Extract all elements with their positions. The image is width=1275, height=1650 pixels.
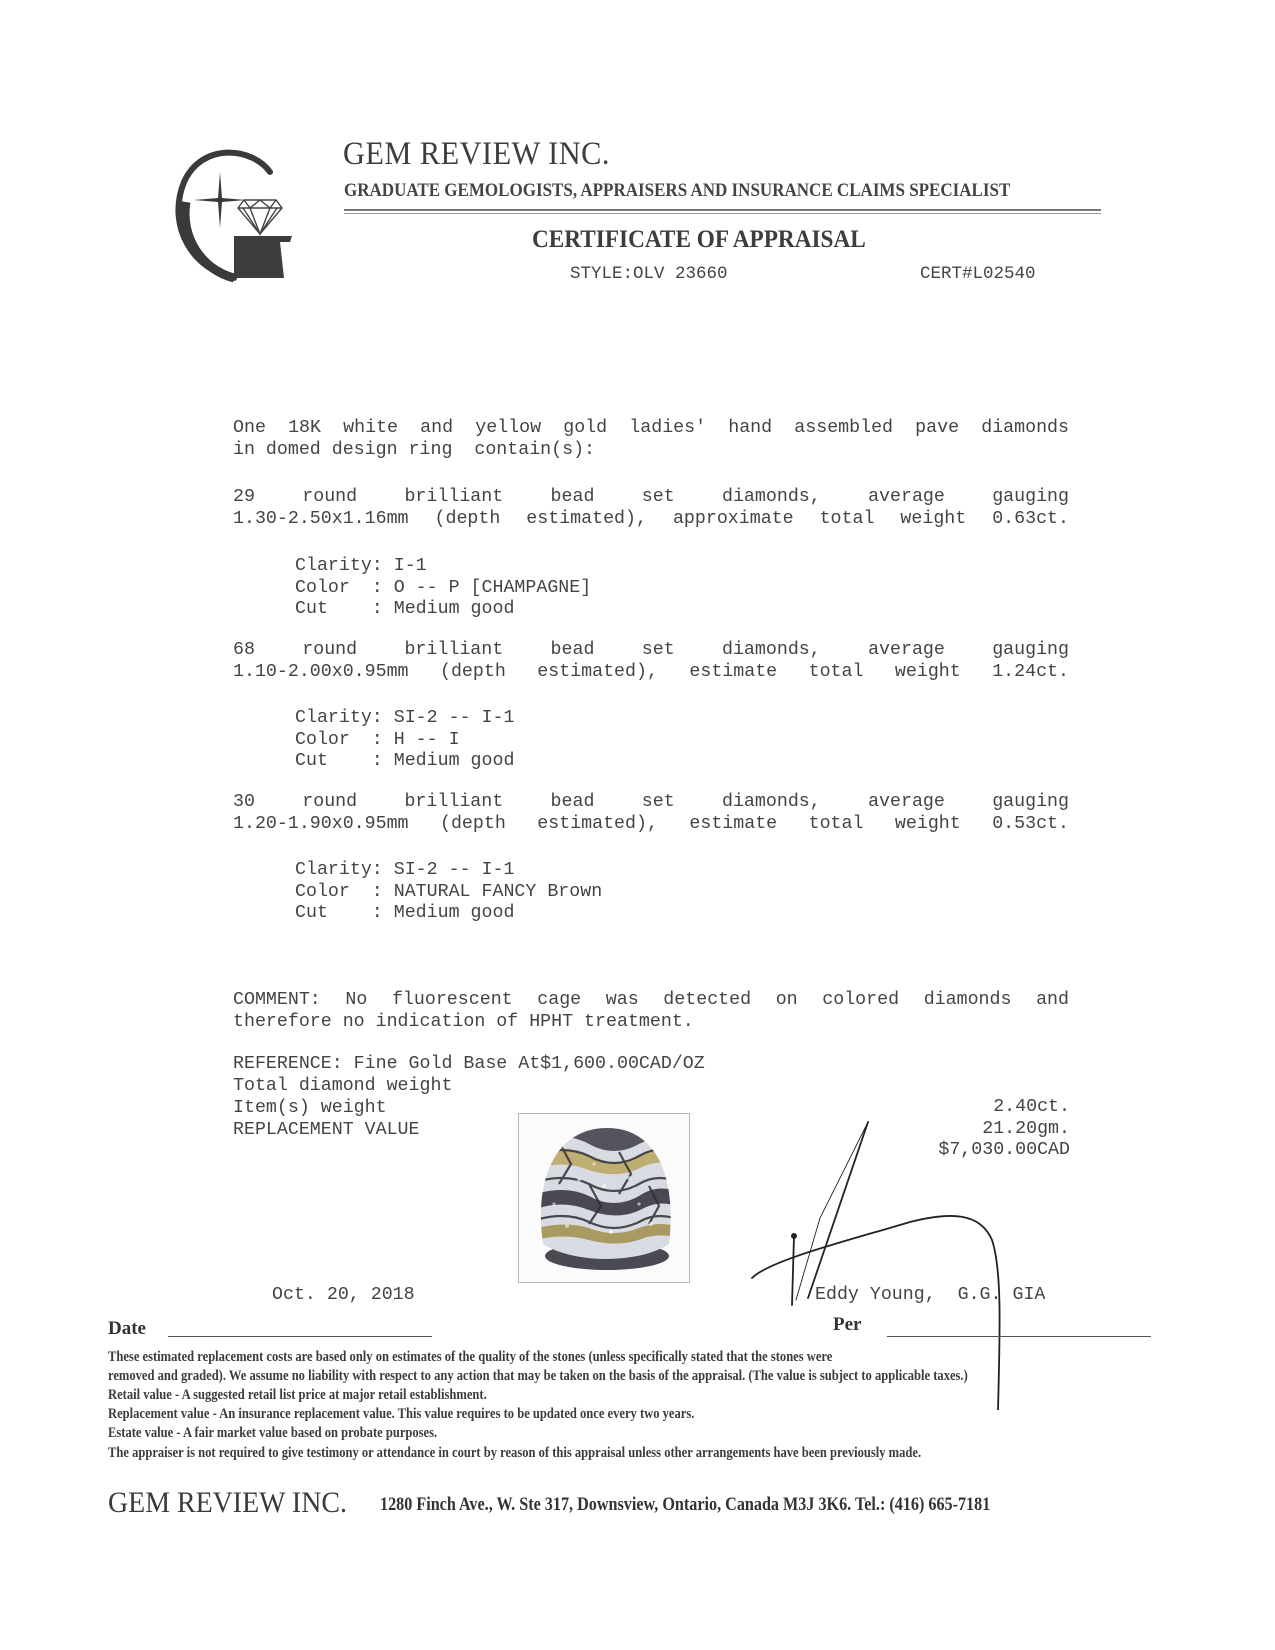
clarity-grade: Clarity: SI-2 -- I-1 <box>295 860 602 882</box>
certificate-number: CERT#L02540 <box>920 264 1036 284</box>
ring-photo <box>518 1113 690 1283</box>
date-label: Date <box>108 1318 146 1340</box>
item-description: One 18K white and yellow gold ladies' ha… <box>233 418 1069 461</box>
valuation-summary-values: 2.40ct. 21.20gm. $7,030.00CAD <box>870 1097 1070 1162</box>
stone-group-line-2: 1.10-2.00x0.95mm (depth estimated), esti… <box>233 662 1069 684</box>
ring-image <box>519 1114 689 1282</box>
description-line-1: One 18K white and yellow gold ladies' ha… <box>233 418 1069 440</box>
comment-line-1: COMMENT: No fluorescent cage was detecte… <box>233 990 1069 1012</box>
stone-group-3-specs: Clarity: SI-2 -- I-1 Color : NATURAL FAN… <box>295 860 602 925</box>
stone-group-1-specs: Clarity: I-1 Color : O -- P [CHAMPAGNE] … <box>295 556 591 621</box>
stone-group-line-1: 68 round brilliant bead set diamonds, av… <box>233 640 1069 662</box>
color-grade: Color : O -- P [CHAMPAGNE] <box>295 578 591 600</box>
stone-group-2-specs: Clarity: SI-2 -- I-1 Color : H -- I Cut … <box>295 708 514 773</box>
disclaimer-line: Replacement value - An insurance replace… <box>108 1406 694 1423</box>
gem-review-logo-icon <box>172 142 304 284</box>
disclaimer-line: These estimated replacement costs are ba… <box>108 1349 832 1366</box>
gold-reference: REFERENCE: Fine Gold Base At$1,600.00CAD… <box>233 1053 705 1075</box>
appraisal-date: Oct. 20, 2018 <box>272 1285 415 1305</box>
cut-grade: Cut : Medium good <box>295 599 591 621</box>
stone-group-line-1: 29 round brilliant bead set diamonds, av… <box>233 487 1069 509</box>
stone-group-line-2: 1.30-2.50x1.16mm (depth estimated), appr… <box>233 509 1069 531</box>
comment-line-2: therefore no indication of HPHT treatmen… <box>233 1012 1069 1034</box>
footer-company-name: GEM REVIEW INC. <box>108 1486 347 1520</box>
per-underline <box>887 1336 1151 1337</box>
item-weight-value: 21.20gm. <box>870 1119 1070 1141</box>
date-underline <box>168 1336 432 1337</box>
cut-grade: Cut : Medium good <box>295 903 602 925</box>
disclaimer-line: The appraiser is not required to give te… <box>108 1445 921 1462</box>
company-tagline: GRADUATE GEMOLOGISTS, APPRAISERS AND INS… <box>344 180 1010 202</box>
cut-grade: Cut : Medium good <box>295 751 514 773</box>
stone-group-line-1: 30 round brilliant bead set diamonds, av… <box>233 792 1069 814</box>
color-grade: Color : NATURAL FANCY Brown <box>295 882 602 904</box>
disclaimer-line: Retail value - A suggested retail list p… <box>108 1387 487 1404</box>
appraiser-name: Eddy Young, G.G. GIA <box>815 1285 1045 1305</box>
stone-group-1: 29 round brilliant bead set diamonds, av… <box>233 487 1069 530</box>
disclaimer-line: Estate value - A fair market value based… <box>108 1425 437 1442</box>
clarity-grade: Clarity: SI-2 -- I-1 <box>295 708 514 730</box>
footer-address: 1280 Finch Ave., W. Ste 317, Downsview, … <box>380 1494 990 1516</box>
clarity-grade: Clarity: I-1 <box>295 556 591 578</box>
comment: COMMENT: No fluorescent cage was detecte… <box>233 990 1069 1033</box>
style-number: STYLE:OLV 23660 <box>570 264 728 284</box>
stone-group-line-2: 1.20-1.90x0.95mm (depth estimated), esti… <box>233 814 1069 836</box>
company-name: GEM REVIEW INC. <box>343 136 610 173</box>
header-divider <box>344 209 1101 211</box>
disclaimer-line: removed and graded). We assume no liabil… <box>108 1368 968 1385</box>
header-divider-thin <box>344 213 1101 214</box>
per-label: Per <box>833 1314 861 1336</box>
document-title: CERTIFICATE OF APPRAISAL <box>532 226 866 254</box>
total-diamond-weight-label: Total diamond weight <box>233 1075 705 1097</box>
description-line-2: in domed design ring contain(s): <box>233 440 1069 462</box>
replacement-value-amount: $7,030.00CAD <box>870 1140 1070 1162</box>
color-grade: Color : H -- I <box>295 730 514 752</box>
stone-group-3: 30 round brilliant bead set diamonds, av… <box>233 792 1069 835</box>
stone-group-2: 68 round brilliant bead set diamonds, av… <box>233 640 1069 683</box>
total-diamond-weight-value: 2.40ct. <box>870 1097 1070 1119</box>
